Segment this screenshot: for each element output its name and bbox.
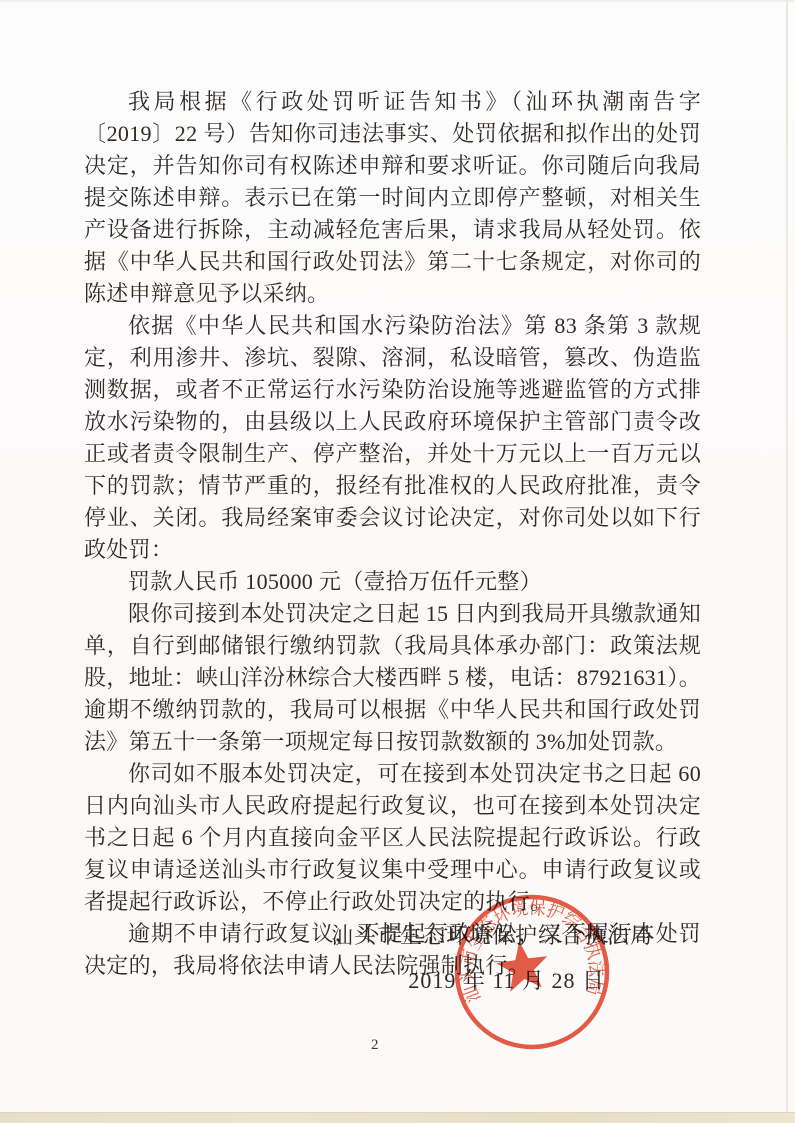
paragraph-legal-basis: 依据《中华人民共和国水污染防治法》第 83 条第 3 款规定，利用渗井、渗坑、裂…	[84, 310, 701, 566]
paragraph-hearing-notice: 我局根据《行政处罚听证告知书》（汕环执潮南告字〔2019〕22 号）告知你司违法…	[84, 86, 701, 310]
page-edge-shadow	[786, 0, 788, 1112]
paragraph-payment-instructions: 限你司接到本处罚决定之日起 15 日内到我局开具缴款通知单，自行到邮储银行缴纳罚…	[84, 598, 701, 758]
paragraph-fine-amount: 罚款人民币 105000 元（壹拾万伍仟元整）	[84, 566, 701, 598]
seal-text: 汕头市生态环境保护综合执法局	[456, 896, 609, 1006]
seal-star-icon	[494, 938, 552, 993]
document-body: 我局根据《行政处罚听证告知书》（汕环执潮南告字〔2019〕22 号）告知你司违法…	[84, 86, 701, 982]
scanned-document-page: 我局根据《行政处罚听证告知书》（汕环执潮南告字〔2019〕22 号）告知你司违法…	[0, 0, 795, 1123]
scan-top-edge	[0, 0, 795, 2]
scanner-edge-strip	[0, 1112, 795, 1123]
official-seal: 汕头市生态环境保护综合执法局	[447, 888, 619, 1060]
page-number: 2	[371, 1037, 379, 1054]
